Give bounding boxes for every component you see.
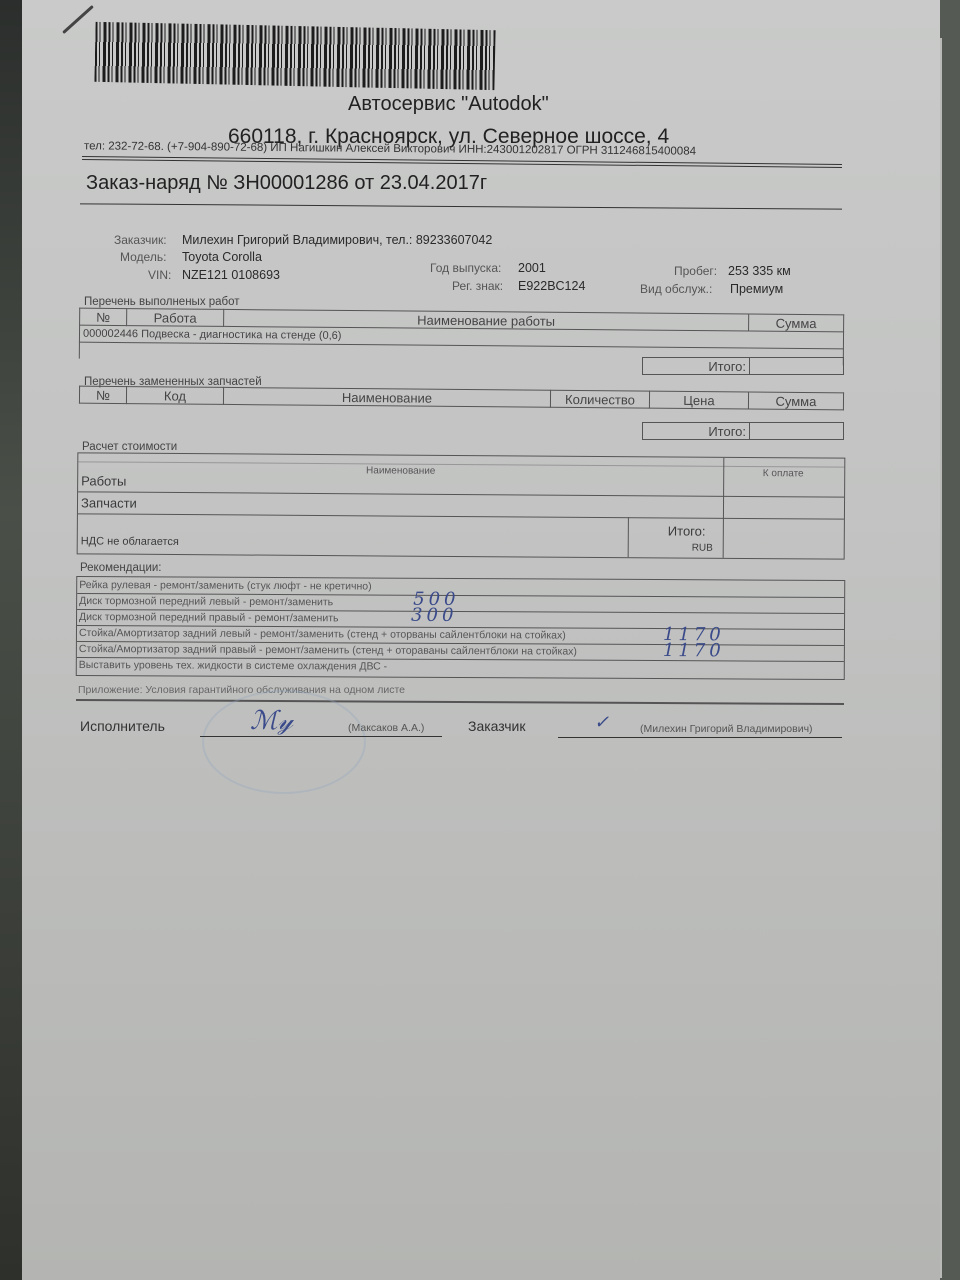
recommendations-title: Рекомендации: xyxy=(80,562,162,574)
cost-row-parts: Запчасти xyxy=(81,495,137,510)
appendix-note: Приложение: Условия гарантийного обслужи… xyxy=(78,684,405,696)
appendix-rule xyxy=(76,699,844,705)
parts-total-value xyxy=(750,423,844,440)
reg-value: E922BC124 xyxy=(518,279,585,293)
handwritten-price: 300 xyxy=(411,605,457,626)
vin-label: VIN: xyxy=(148,268,171,282)
cost-section-title: Расчет стоимости xyxy=(82,441,177,453)
title-rule xyxy=(80,203,842,209)
parts-col-qty: Количество xyxy=(550,390,649,408)
works-total-table: Итого: xyxy=(642,357,844,375)
works-col-sum: Сумма xyxy=(749,314,844,332)
model-label: Модель: xyxy=(120,250,166,264)
customer-sign-label: Заказчик xyxy=(468,718,526,734)
customer-signature: ✓ xyxy=(594,712,609,733)
cost-total-label: Итого: xyxy=(668,523,706,538)
works-col-no: № xyxy=(80,308,127,325)
recommendation-item: Стойка/Амортизатор задний правый - ремон… xyxy=(79,643,577,658)
executor-name: (Максаков А.А.) xyxy=(348,722,424,734)
parts-col-code: Код xyxy=(126,387,223,405)
cost-currency: RUB xyxy=(692,543,713,554)
mileage-label: Пробег: xyxy=(674,264,717,278)
year-label: Год выпуска: xyxy=(430,261,501,275)
cost-table: Наименование К оплате Работы Запчасти НД… xyxy=(77,452,846,559)
parts-col-no: № xyxy=(79,386,126,403)
work-order-page: Автосервис "Autodok" 660118, г. Краснояр… xyxy=(22,0,940,1280)
barcode xyxy=(94,22,495,90)
parts-table: № Код Наименование Количество Цена Сумма xyxy=(79,386,844,411)
executor-sign-line xyxy=(200,736,442,737)
model-value: Toyota Corolla xyxy=(182,250,262,264)
executor-label: Исполнитель xyxy=(80,718,165,734)
recommendations-table: Рейка рулевая - ремонт/заменить (стук лю… xyxy=(76,576,846,680)
parts-header-row: № Код Наименование Количество Цена Сумма xyxy=(79,386,843,410)
works-total-value xyxy=(750,358,844,375)
service-label: Вид обслуж.: xyxy=(640,282,712,296)
recommendation-item: Рейка рулевая - ремонт/заменить (стук лю… xyxy=(79,579,371,593)
vin-value: NZE121 0108693 xyxy=(182,268,280,282)
service-value: Премиум xyxy=(730,282,783,296)
year-value: 2001 xyxy=(518,261,546,275)
executor-signature: ℳ𝓎 xyxy=(250,706,293,737)
cost-row-works: Работы xyxy=(81,473,126,488)
customer-value: Милехин Григорий Владимирович, тел.: 892… xyxy=(182,233,492,247)
works-col-work: Работа xyxy=(127,309,224,327)
recommendation-item: Диск тормозной передний правый - ремонт/… xyxy=(79,611,338,624)
parts-col-price: Цена xyxy=(649,391,748,409)
recommendation-item: Стойка/Амортизатор задний левый - ремонт… xyxy=(79,627,566,642)
works-total-label: Итого: xyxy=(643,358,750,375)
parts-col-name: Наименование xyxy=(223,387,550,407)
cost-col-pay: К оплате xyxy=(723,468,843,480)
vat-note: НДС не облагается xyxy=(81,535,179,548)
works-section-title: Перечень выполненых работ xyxy=(84,296,240,308)
handwritten-price: 1170 xyxy=(663,640,725,661)
customer-label: Заказчик: xyxy=(114,233,167,247)
customer-sign-line xyxy=(558,737,842,738)
company-name: Автосервис "Autodok" xyxy=(348,93,549,116)
recommendation-item: Диск тормозной передний левый - ремонт/з… xyxy=(79,595,333,608)
reg-label: Рег. знак: xyxy=(452,279,503,293)
staple xyxy=(62,5,94,34)
order-title: Заказ-наряд № ЗН00001286 от 23.04.2017г xyxy=(86,172,487,195)
customer-sign-name: (Милехин Григорий Владимирович) xyxy=(640,723,813,735)
parts-total-table: Итого: xyxy=(642,422,844,440)
parts-total-label: Итого: xyxy=(643,423,750,440)
parts-col-sum: Сумма xyxy=(748,392,843,410)
recommendation-item: Выставить уровень тех. жидкости в систем… xyxy=(79,659,387,673)
mileage-value: 253 335 км xyxy=(728,264,791,278)
